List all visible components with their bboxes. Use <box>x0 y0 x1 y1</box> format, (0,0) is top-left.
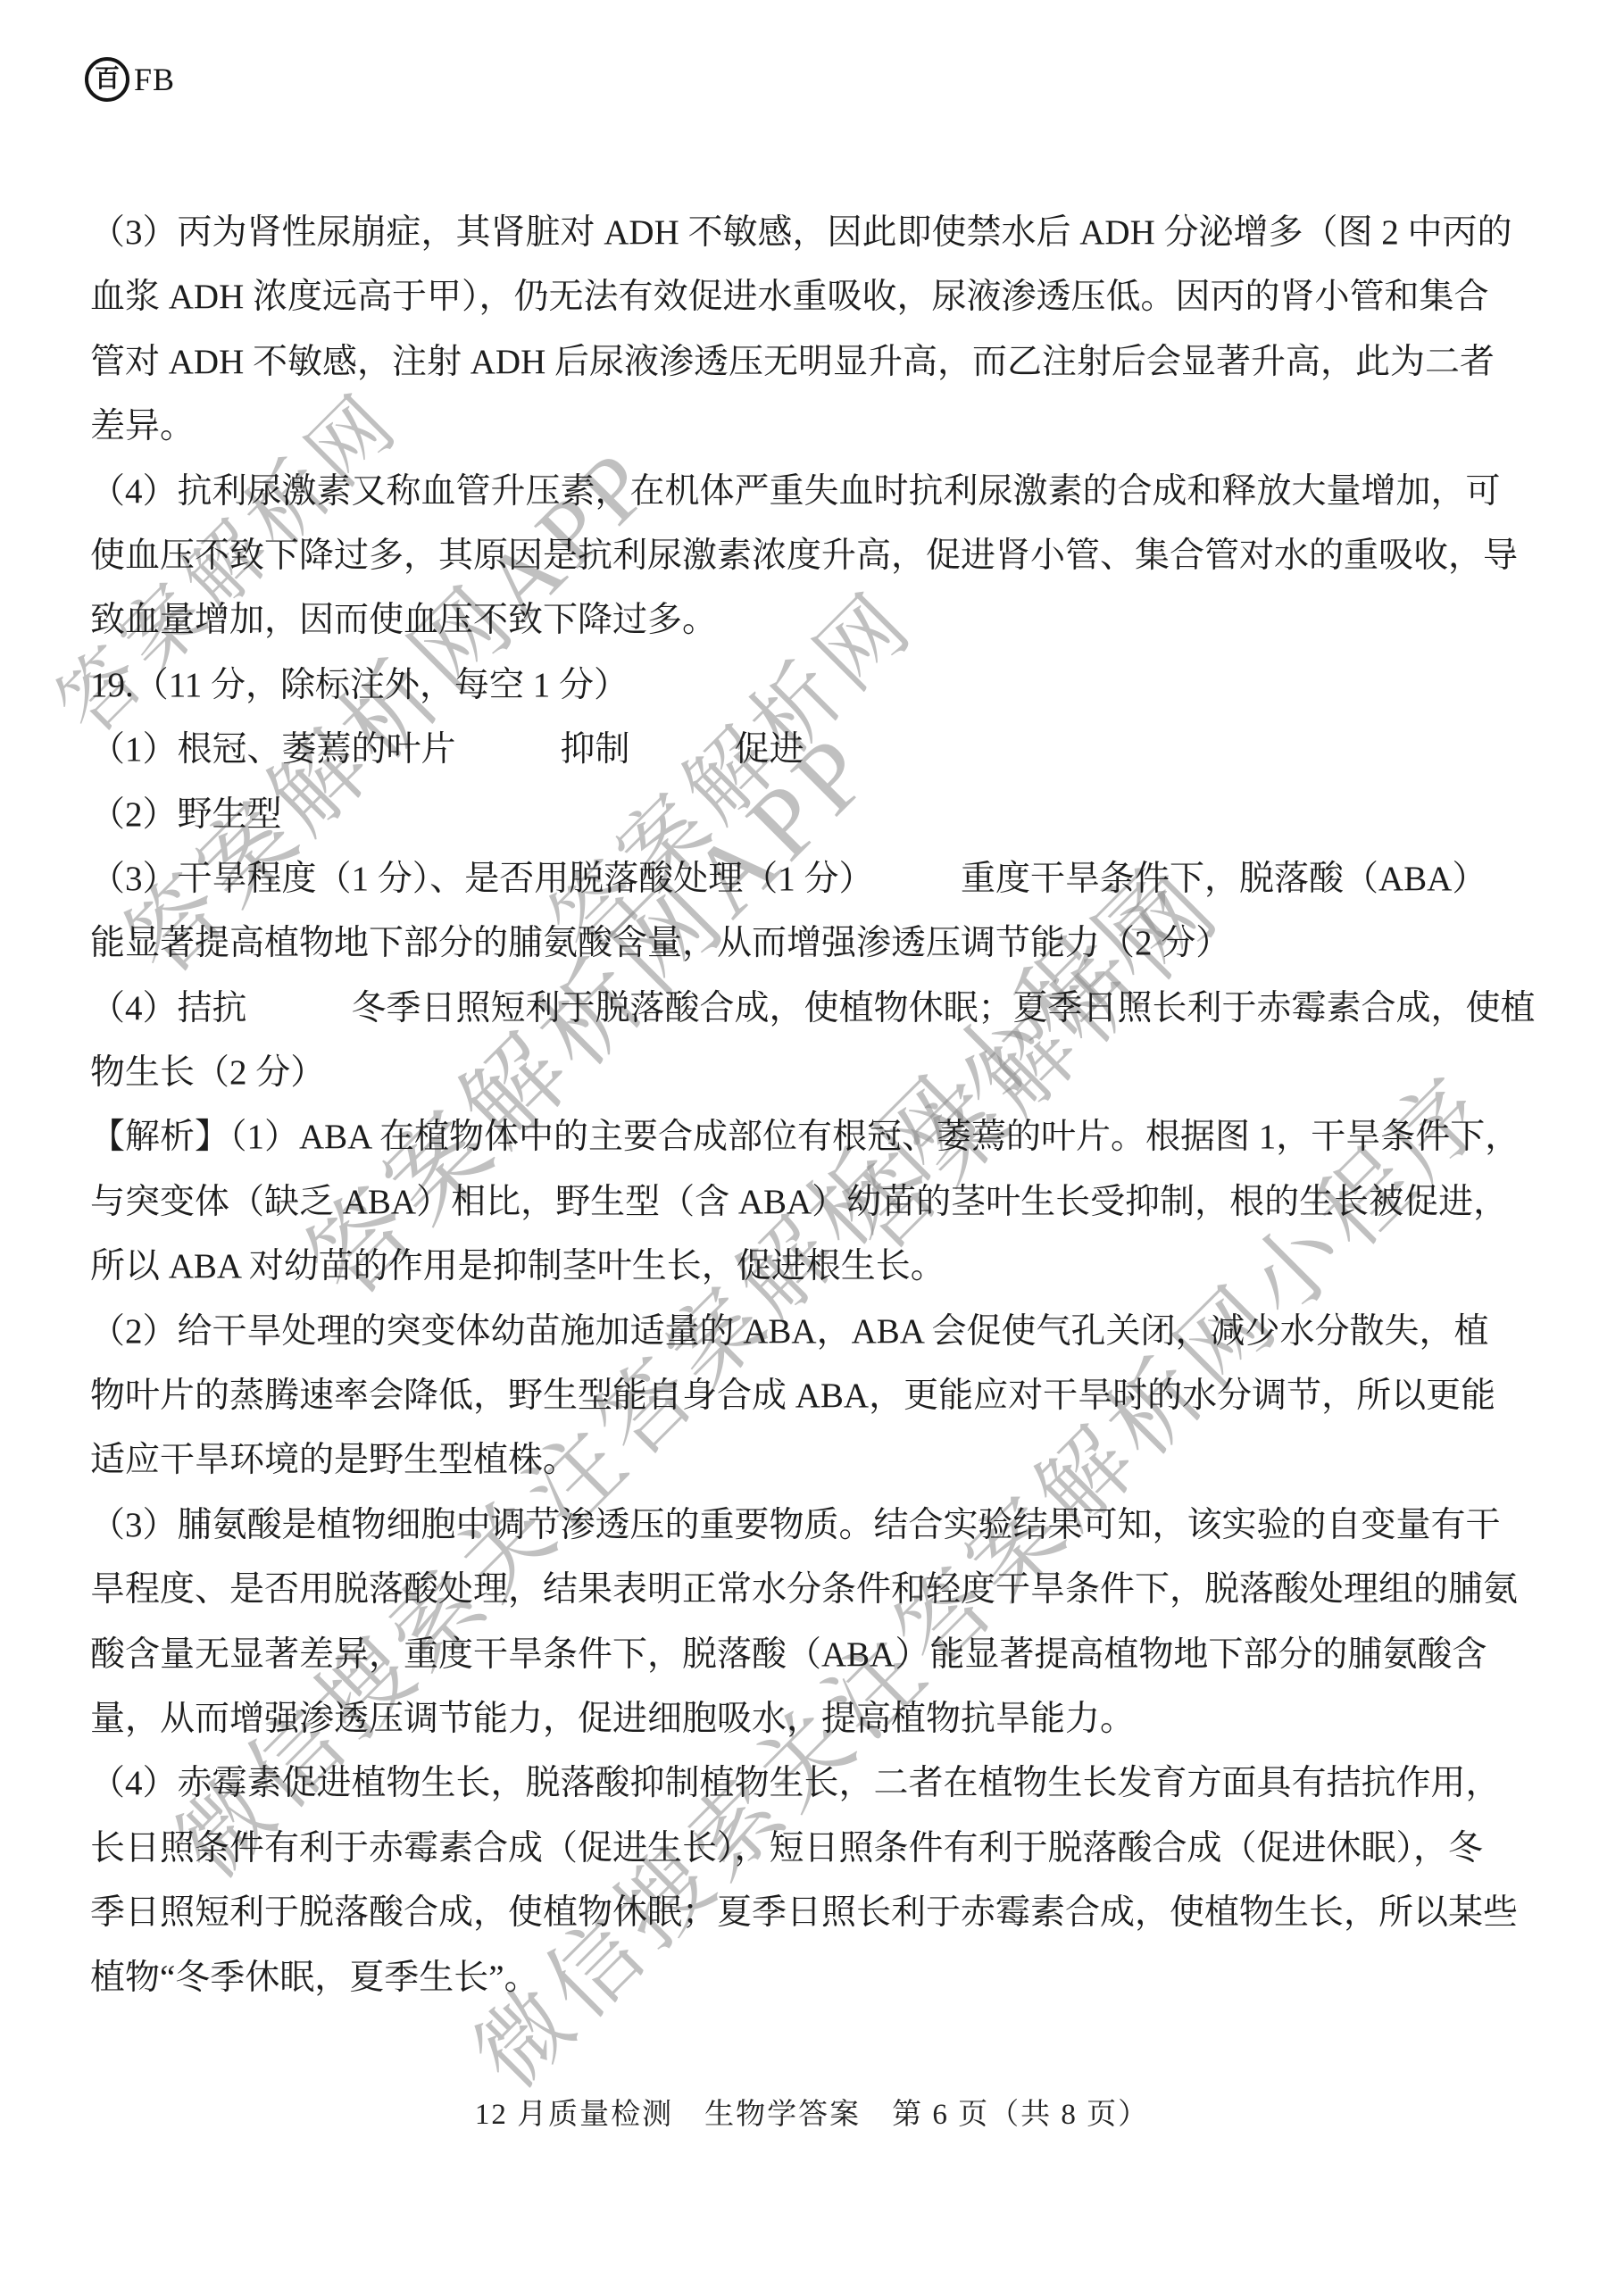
line-03: 管对 ADH 不敏感，注射 ADH 后尿液渗透压无明显升高，而乙注射后会显著升高… <box>90 330 1545 395</box>
line-17: 所以 ABA 对幼苗的作用是抑制茎叶生长，促进根生长。 <box>90 1235 1545 1299</box>
line-25: （4）赤霉素促进植物生长，脱落酸抑制植物生长，二者在植物生长发育方面具有拮抗作用… <box>90 1751 1545 1816</box>
line-24: 量，从而增强渗透压调节能力，促进细胞吸水，提高植物抗旱能力。 <box>90 1687 1545 1751</box>
line-01: （3）丙为肾性尿崩症，其肾脏对 ADH 不敏感，因此即使禁水后 ADH 分泌增多… <box>90 201 1545 265</box>
line-22: 旱程度、是否用脱落酸处理，结果表明正常水分条件和轻度干旱条件下，脱落酸处理组的脯… <box>90 1558 1545 1622</box>
page-footer: 12 月质量检测 生物学答案 第 6 页（共 8 页） <box>0 2091 1624 2133</box>
line-07: 致血量增加，因而使血压不致下降过多。 <box>90 588 1545 653</box>
line-06: 使血压不致下降过多，其原因是抗利尿激素浓度升高，促进肾小管、集合管对水的重吸收，… <box>90 524 1545 588</box>
line-16: 与突变体（缺乏 ABA）相比，野生型（含 ABA）幼苗的茎叶生长受抑制，根的生长… <box>90 1170 1545 1235</box>
answer-content: （3）丙为肾性尿崩症，其肾脏对 ADH 不敏感，因此即使禁水后 ADH 分泌增多… <box>90 201 1545 2010</box>
line-13: （4）拮抗 冬季日照短利于脱落酸合成，使植物休眠；夏季日照长利于赤霉素合成，使植 <box>90 977 1545 1041</box>
line-15: 【解析】（1）ABA 在植物体中的主要合成部位有根冠、萎蔫的叶片。根据图 1，干… <box>90 1105 1545 1169</box>
line-27: 季日照短利于脱落酸合成，使植物休眠；夏季日照长利于赤霉素合成，使植物生长，所以某… <box>90 1881 1545 1945</box>
brand-logo: 百 FB <box>85 57 175 102</box>
line-18: （2）给干旱处理的突变体幼苗施加适量的 ABA，ABA 会促使气孔关闭，减少水分… <box>90 1300 1545 1364</box>
line-23: 酸含量无显著差异，重度干旱条件下，脱落酸（ABA）能显著提高植物地下部分的脯氨酸… <box>90 1623 1545 1687</box>
line-02: 血浆 ADH 浓度远高于甲），仍无法有效促进水重吸收，尿液渗透压低。因丙的肾小管… <box>90 265 1545 329</box>
line-21: （3）脯氨酸是植物细胞中调节渗透压的重要物质。结合实验结果可知，该实验的自变量有… <box>90 1493 1545 1558</box>
line-14: 物生长（2 分） <box>90 1041 1545 1105</box>
logo-circle-icon: 百 <box>85 57 129 102</box>
line-19: 物叶片的蒸腾速率会降低，野生型能自身合成 ABA，更能应对干旱时的水分调节，所以… <box>90 1364 1545 1428</box>
line-20: 适应干旱环境的是野生型植株。 <box>90 1428 1545 1493</box>
line-28: 植物“冬季休眠，夏季生长”。 <box>90 1946 1545 2010</box>
line-26: 长日照条件有利于赤霉素合成（促进生长），短日照条件有利于脱落酸合成（促进休眠），… <box>90 1817 1545 1881</box>
line-12: 能显著提高植物地下部分的脯氨酸含量，从而增强渗透压调节能力（2 分） <box>90 911 1545 976</box>
line-09: （1）根冠、萎蔫的叶片 抑制 促进 <box>90 718 1545 782</box>
line-05: （4）抗利尿激素又称血管升压素，在机体严重失血时抗利尿激素的合成和释放大量增加，… <box>90 460 1545 524</box>
line-08: 19.（11 分，除标注外，每空 1 分） <box>90 653 1545 718</box>
line-11: （3）干旱程度（1 分）、是否用脱落酸处理（1 分） 重度干旱条件下，脱落酸（A… <box>90 847 1545 911</box>
logo-brand-text: FB <box>134 61 175 98</box>
line-04: 差异。 <box>90 395 1545 459</box>
scanned-document-page: 答案解析网 答案解析网APP 答案解析网 答案解析网APP 答案解析网 微信搜索… <box>0 0 1624 2296</box>
line-10: （2）野生型 <box>90 783 1545 847</box>
